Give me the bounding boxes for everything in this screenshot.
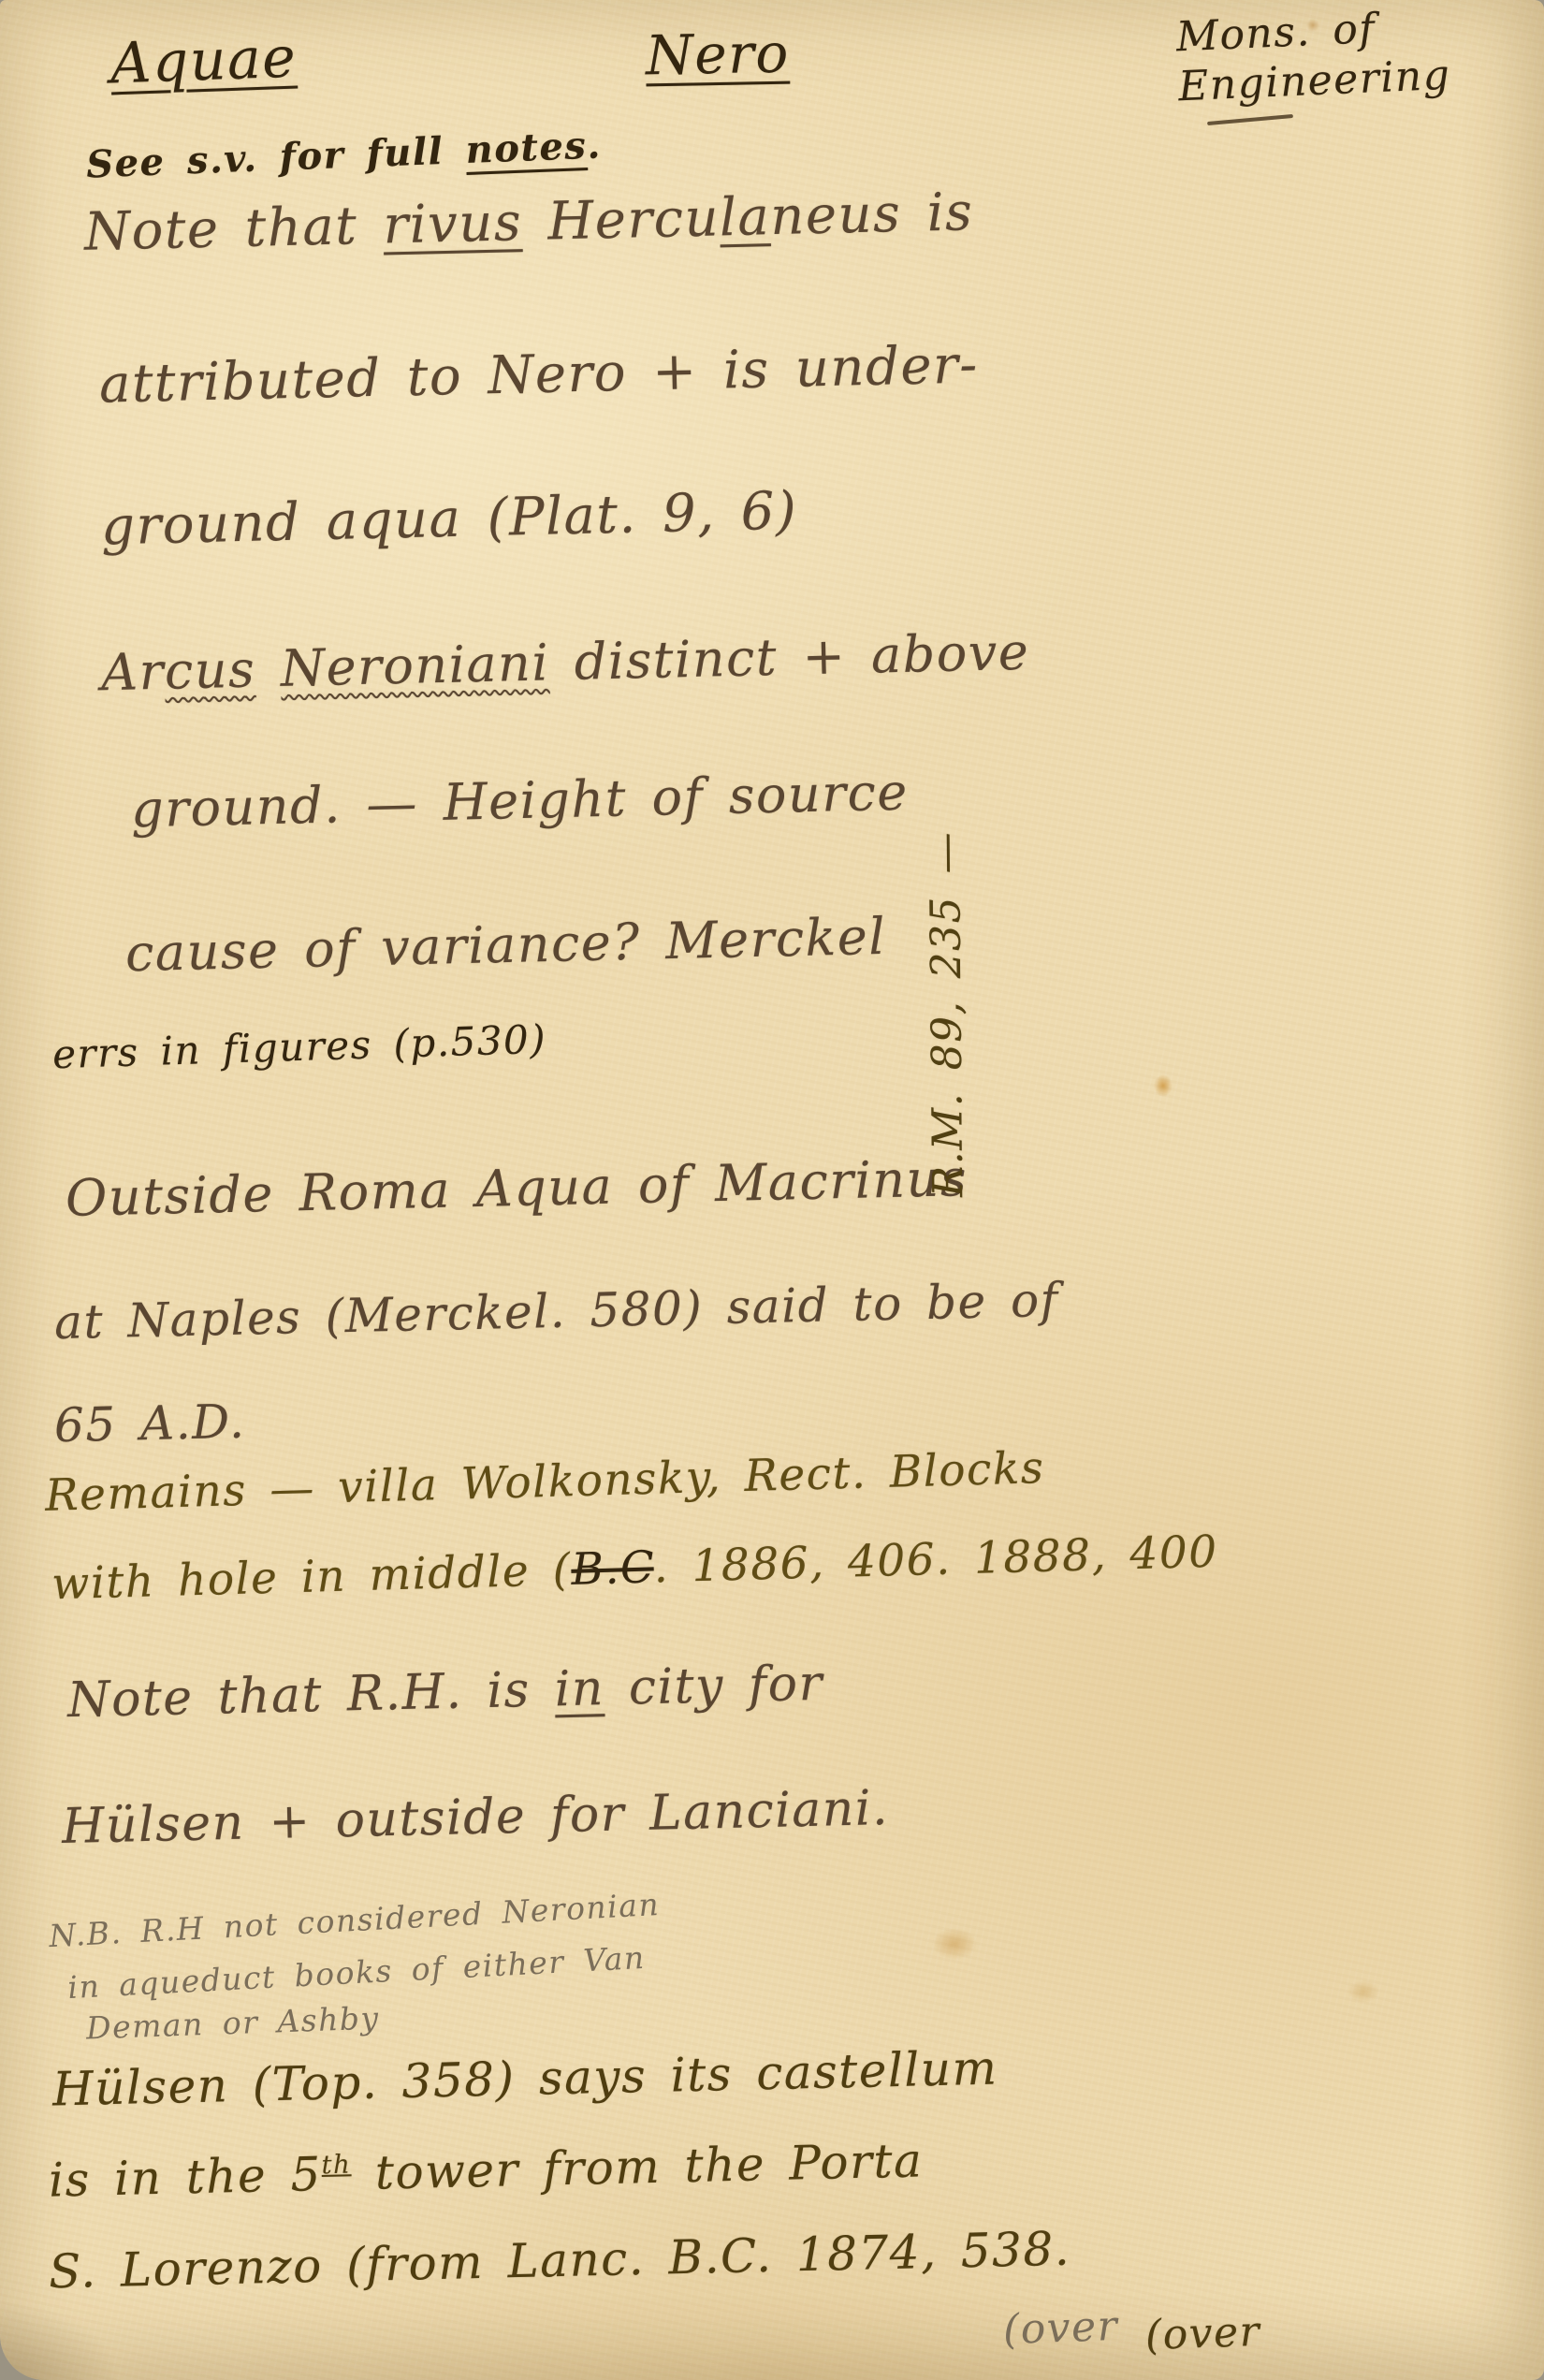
underline-stroke [1207,114,1293,125]
title-aquae: Aquae [109,25,298,97]
line-segment: neus is [770,182,974,247]
line-ground-height: ground. — Height of source [130,763,909,840]
paper-stain [1347,1980,1379,2003]
line-segment: cus [164,640,256,701]
line-segment: Hercu [521,187,720,253]
line-cause-variance: cause of variance? Merckel [124,907,886,983]
line-outside-roma: Outside Roma Aqua of Macrinus [65,1148,968,1228]
line-segment: rivus [383,192,523,256]
line-errs-figures: errs in figures (p.530) [51,1016,546,1078]
line-s-lorenzo: S. Lorenzo (from Lanc. B.C. 1874, 538. [48,2222,1071,2300]
line-segment: Neroniani [280,633,550,698]
line-segment: is in the 5 [48,2147,322,2208]
line-segment-struck: B.C [571,1541,655,1595]
line-segment: with hole in middle ( [51,1544,572,1610]
line-segment: tower from the Porta [351,2133,924,2200]
line-fifth-tower: is in the 5th tower from the Porta [48,2133,923,2207]
over-note-pencil: (over [1002,2302,1119,2354]
line-segment: Ar [100,642,165,703]
line-hulsen-outside: Hülsen + outside for Lanciani. [61,1780,889,1855]
note-card: Aquae Nero Mons. of Engineering See s.v.… [0,0,1544,2380]
line-rivus-herculaneus: Note that rivus Herculaneus is [83,182,974,263]
line-at-naples: at Naples (Merckel. 580) said to be of [53,1273,1059,1350]
line-aqueduct-books: in aqueduct books of either Van [66,1939,646,2006]
line-attributed-nero: attributed to Nero + is under- [98,334,979,415]
line-segment [255,639,281,699]
line-remains-wolkonsky: Remains — villa Wolkonsky, Rect. Blocks [44,1442,1045,1522]
paper-stain [1154,1074,1173,1097]
line-segment: Note that R.H. is [66,1661,555,1729]
line-hole-middle: with hole in middle (B.C. 1886, 406. 188… [51,1526,1218,1611]
paper-stain [932,1928,977,1960]
line-deman-ashby: Deman or Ashby [85,2000,380,2047]
title-mons-engineering: Mons. of Engineering [1175,2,1452,112]
over-note-ink: (over [1144,2308,1261,2359]
line-see-note: See s.v. for full notes. [85,123,602,186]
line-segment-superscript: th [321,2150,351,2181]
line-segment: See s.v. for full [85,128,466,187]
line-65-ad: 65 A.D. [53,1394,245,1453]
line-segment: . [586,123,602,168]
line-ground-aqua: ground aqua (Plat. 9, 6) [100,481,798,558]
line-segment: Note that [83,196,384,263]
line-segment: . 1886, 406. 1888, 400 [653,1526,1218,1594]
margin-note-vertical: R.M. 89, 235 — [921,742,973,1285]
line-segment: distinct + above [548,622,1030,693]
line-segment: city for [604,1656,823,1716]
line-arcus-neroniani: Arcus Neroniani distinct + above [100,622,1029,702]
line-rh-in-city: Note that R.H. is in city for [66,1656,823,1729]
line-segment: in [554,1660,604,1717]
line-hulsen-top-358: Hülsen (Top. 358) says its castellum [51,2041,998,2117]
line-segment: notes [465,124,588,172]
title-nero: Nero [645,22,790,88]
line-segment: la [719,186,771,248]
